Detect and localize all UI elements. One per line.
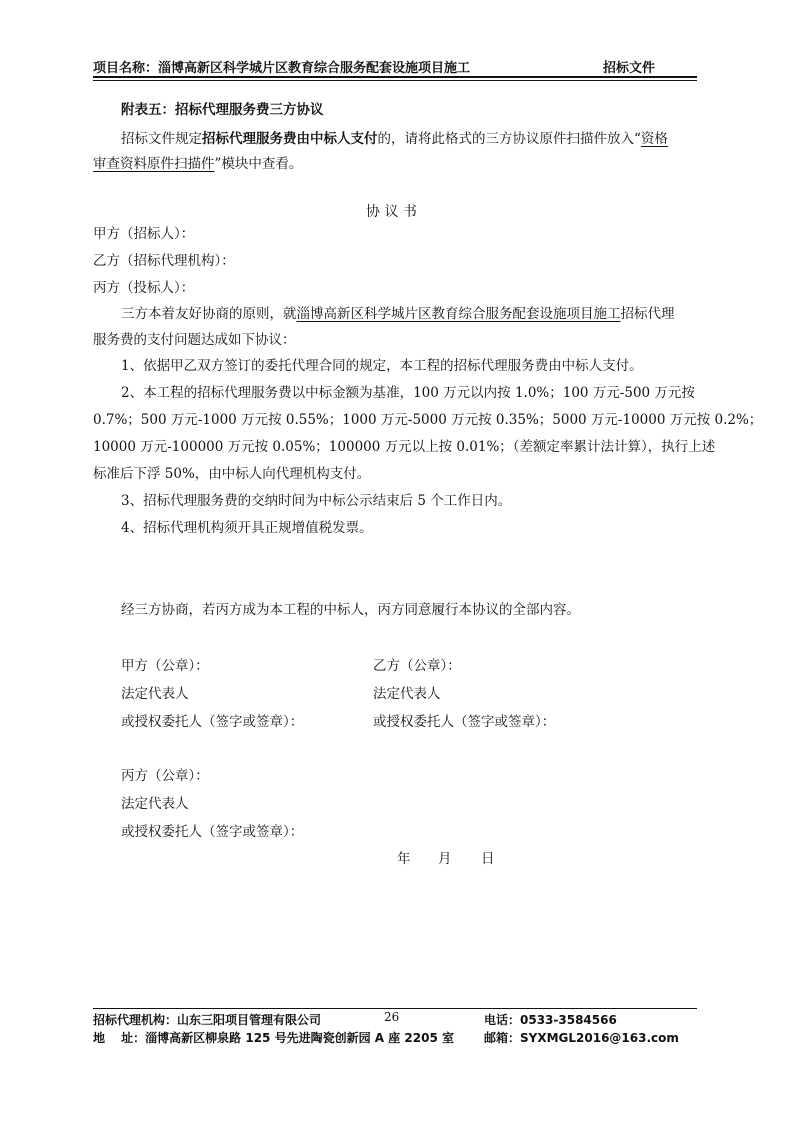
party-a-label: 甲方（招标人）：: [93, 224, 194, 244]
party-b-legal-rep: 法定代表人: [373, 684, 441, 704]
party-a-legal-rep: 法定代表人: [121, 684, 189, 704]
intro-line-2: 审查资料原件扫描件”模块中查看。: [93, 154, 302, 174]
clause-3: 3、招标代理服务费的交纳时间为中标公示结束后 5 个工作日内。: [121, 491, 511, 511]
header-rule-thick: [93, 76, 697, 78]
party-a-authorized: 或授权委托人（签字或签章）：: [121, 712, 303, 732]
intro-part2: 的，请将此格式的三方协议原件扫描件放入“: [378, 131, 641, 147]
intro-link-part2: 审查资料原件扫描件: [93, 156, 215, 172]
clause-4: 4、招标代理机构须开具正规增值税发票。: [121, 518, 373, 538]
appendix-title: 附表五：招标代理服务费三方协议: [121, 100, 324, 120]
project-title: 项目名称：淄博高新区科学城片区教育综合服务配套设施项目施工: [93, 57, 470, 76]
preamble-line-1: 三方本着友好协商的原则，就淄博高新区科学城片区教育综合服务配套设施项目施工招标代…: [121, 304, 675, 324]
date-month: 月: [438, 849, 452, 869]
intro-bold: 招标代理服务费由中标人支付: [202, 131, 378, 147]
party-b-authorized: 或授权委托人（签字或签章）：: [373, 712, 555, 732]
clause-2-line-4: 标准后下浮 50%，由中标人向代理机构支付。: [93, 464, 370, 484]
page-number-text: 26: [384, 1010, 399, 1024]
footer-email: 邮箱：SYXMGL2016@163.com: [484, 1029, 679, 1046]
intro-line-1: 招标文件规定招标代理服务费由中标人支付的，请将此格式的三方协议原件扫描件放入“资…: [121, 129, 668, 149]
intro-part3: ”模块中查看。: [215, 156, 303, 172]
footer-phone: 电话：0533-3584566: [484, 1011, 617, 1028]
party-c-authorized: 或授权委托人（签字或签章）：: [121, 822, 303, 842]
preamble-line-2: 服务费的支付问题达成如下协议：: [93, 330, 296, 350]
clause-2-line-2: 0.7%；500 万元-1000 万元按 0.55%；1000 万元-5000 …: [93, 410, 762, 430]
party-c-label: 丙方（投标人）：: [93, 278, 194, 298]
party-c-seal: 丙方（公章）：: [121, 766, 209, 786]
page-number: 26: [384, 1010, 399, 1024]
doc-type-label: 招标文件: [603, 57, 655, 76]
date-year: 年: [397, 849, 411, 869]
header-rule-thin: [93, 80, 697, 81]
party-b-seal: 乙方（公章）：: [373, 656, 461, 676]
clause-2-line-1: 2、本工程的招标代理服务费以中标金额为基准，100 万元以内按 1.0%；100…: [121, 383, 695, 403]
preamble-part2: 招标代理: [621, 306, 675, 322]
agreement-title: 协 议 书: [366, 202, 417, 222]
document-page: 项目名称：淄博高新区科学城片区教育综合服务配套设施项目施工 招标文件 附表五：招…: [0, 0, 793, 1122]
page-header: 项目名称：淄博高新区科学城片区教育综合服务配套设施项目施工 招标文件: [93, 57, 697, 77]
party-c-legal-rep: 法定代表人: [121, 794, 189, 814]
preamble-project: 淄博高新区科学城片区教育综合服务配套设施项目施工: [297, 306, 621, 322]
intro-part1: 招标文件规定: [121, 131, 202, 147]
clause-1: 1、依据甲乙双方签订的委托代理合同的规定，本工程的招标代理服务费由中标人支付。: [121, 356, 643, 376]
party-a-seal: 甲方（公章）：: [121, 656, 209, 676]
preamble-part1: 三方本着友好协商的原则，就: [121, 306, 297, 322]
date-day: 日: [481, 849, 495, 869]
party-b-label: 乙方（招标代理机构）：: [93, 251, 235, 271]
clause-2-line-3: 10000 万元-100000 万元按 0.05%；100000 万元以上按 0…: [93, 437, 715, 457]
footer-agency: 招标代理机构：山东三阳项目管理有限公司: [93, 1011, 321, 1028]
footer-address: 地 址：淄博高新区柳泉路 125 号先进陶瓷创新园 A 座 2205 室: [93, 1029, 454, 1046]
intro-link-part1: 资格: [641, 131, 668, 147]
footer-rule: [93, 1008, 697, 1009]
consensus-statement: 经三方协商，若丙方成为本工程的中标人，丙方同意履行本协议的全部内容。: [121, 600, 580, 620]
